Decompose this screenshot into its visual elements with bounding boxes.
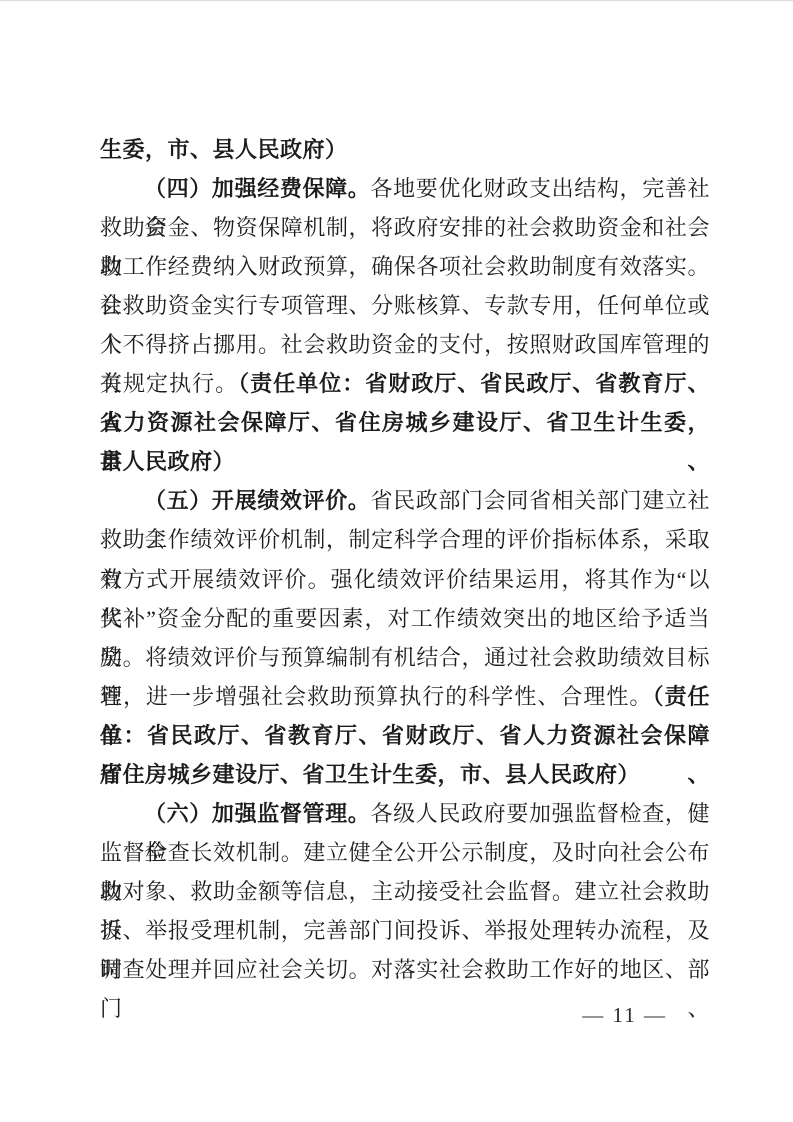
- page-number: — 11 —: [582, 1001, 667, 1029]
- text-run-responsibility: 县人民政府）: [100, 449, 235, 474]
- paragraph-item-6: （六）加强监督管理。各级人民政府要加强监督检查，健全监督检查长效机制。建立健全公…: [100, 794, 710, 989]
- text-line: 助对象、救助金额等信息，主动接受社会监督。建立社会救助投: [100, 872, 710, 911]
- text-line: 助工作经费纳入财政预算，确保各项社会救助制度有效落实。社: [100, 247, 710, 286]
- text-line: （六）加强监督管理。各级人民政府要加强监督检查，健全: [100, 794, 710, 833]
- text-line: 位：省民政厅、省教育厅、省财政厅、省人力资源社会保障厅、: [100, 716, 710, 755]
- text-line: 生委，市、县人民政府）: [100, 130, 710, 169]
- text-line: 诉、举报受理机制，完善部门间投诉、举报处理转办流程，及时: [100, 911, 710, 950]
- text-line: 监督检查长效机制。建立健全公开公示制度，及时向社会公布救: [100, 833, 710, 872]
- text-run-heading: （五）开展绩效评价。: [144, 488, 370, 513]
- text-line: 救助工作绩效评价机制，制定科学合理的评价指标体系，采取有: [100, 520, 710, 559]
- text-run-body: 理，进一步增强社会救助预算执行的科学性、合理性。: [100, 684, 652, 709]
- text-run-responsibility: 生委，市、县人民政府）: [100, 137, 348, 162]
- text-run-body: 关规定执行。: [100, 371, 238, 396]
- document-page: 生委，市、县人民政府）（四）加强经费保障。各地要优化财政支出结构，完善社会救助资…: [0, 0, 793, 1122]
- paragraph-item-4: （四）加强经费保障。各地要优化财政支出结构，完善社会救助资金、物资保障机制，将政…: [100, 169, 710, 481]
- text-line: 人不得挤占挪用。社会救助资金的支付，按照财政国库管理的有: [100, 325, 710, 364]
- text-line: 调查处理并回应社会关切。对落实社会救助工作好的地区、部门、: [100, 950, 710, 989]
- text-run-responsibility: 省住房城乡建设厅、省卫生计生委，市、县人民政府）: [100, 762, 640, 787]
- text-line: 会救助资金实行专项管理、分账核算、专款专用，任何单位或个: [100, 286, 710, 325]
- text-run-heading: （四）加强经费保障。: [144, 176, 370, 201]
- text-line: 效方式开展绩效评价。强化绩效评价结果运用，将其作为“以奖: [100, 560, 710, 599]
- document-body: 生委，市、县人民政府）（四）加强经费保障。各地要优化财政支出结构，完善社会救助资…: [100, 130, 710, 989]
- text-line: 理，进一步增强社会救助预算执行的科学性、合理性。（责任单: [100, 677, 710, 716]
- paragraph-continuation: 生委，市、县人民政府）: [100, 130, 710, 169]
- text-line: 人力资源社会保障厅、省住房城乡建设厅、省卫生计生委，市、: [100, 403, 710, 442]
- text-line: 励。将绩效评价与预算编制有机结合，通过社会救助绩效目标管: [100, 638, 710, 677]
- text-line: 省住房城乡建设厅、省卫生计生委，市、县人民政府）: [100, 755, 710, 794]
- text-line: 代补”资金分配的重要因素，对工作绩效突出的地区给予适当奖: [100, 599, 710, 638]
- text-line: （五）开展绩效评价。省民政部门会同省相关部门建立社会: [100, 481, 710, 520]
- text-line: （四）加强经费保障。各地要优化财政支出结构，完善社会: [100, 169, 710, 208]
- text-line: 关规定执行。（责任单位：省财政厅、省民政厅、省教育厅、省: [100, 364, 710, 403]
- text-run-heading: （六）加强监督管理。: [144, 801, 370, 826]
- text-line: 救助资金、物资保障机制，将政府安排的社会救助资金和社会救: [100, 208, 710, 247]
- paragraph-item-5: （五）开展绩效评价。省民政部门会同省相关部门建立社会救助工作绩效评价机制，制定科…: [100, 481, 710, 793]
